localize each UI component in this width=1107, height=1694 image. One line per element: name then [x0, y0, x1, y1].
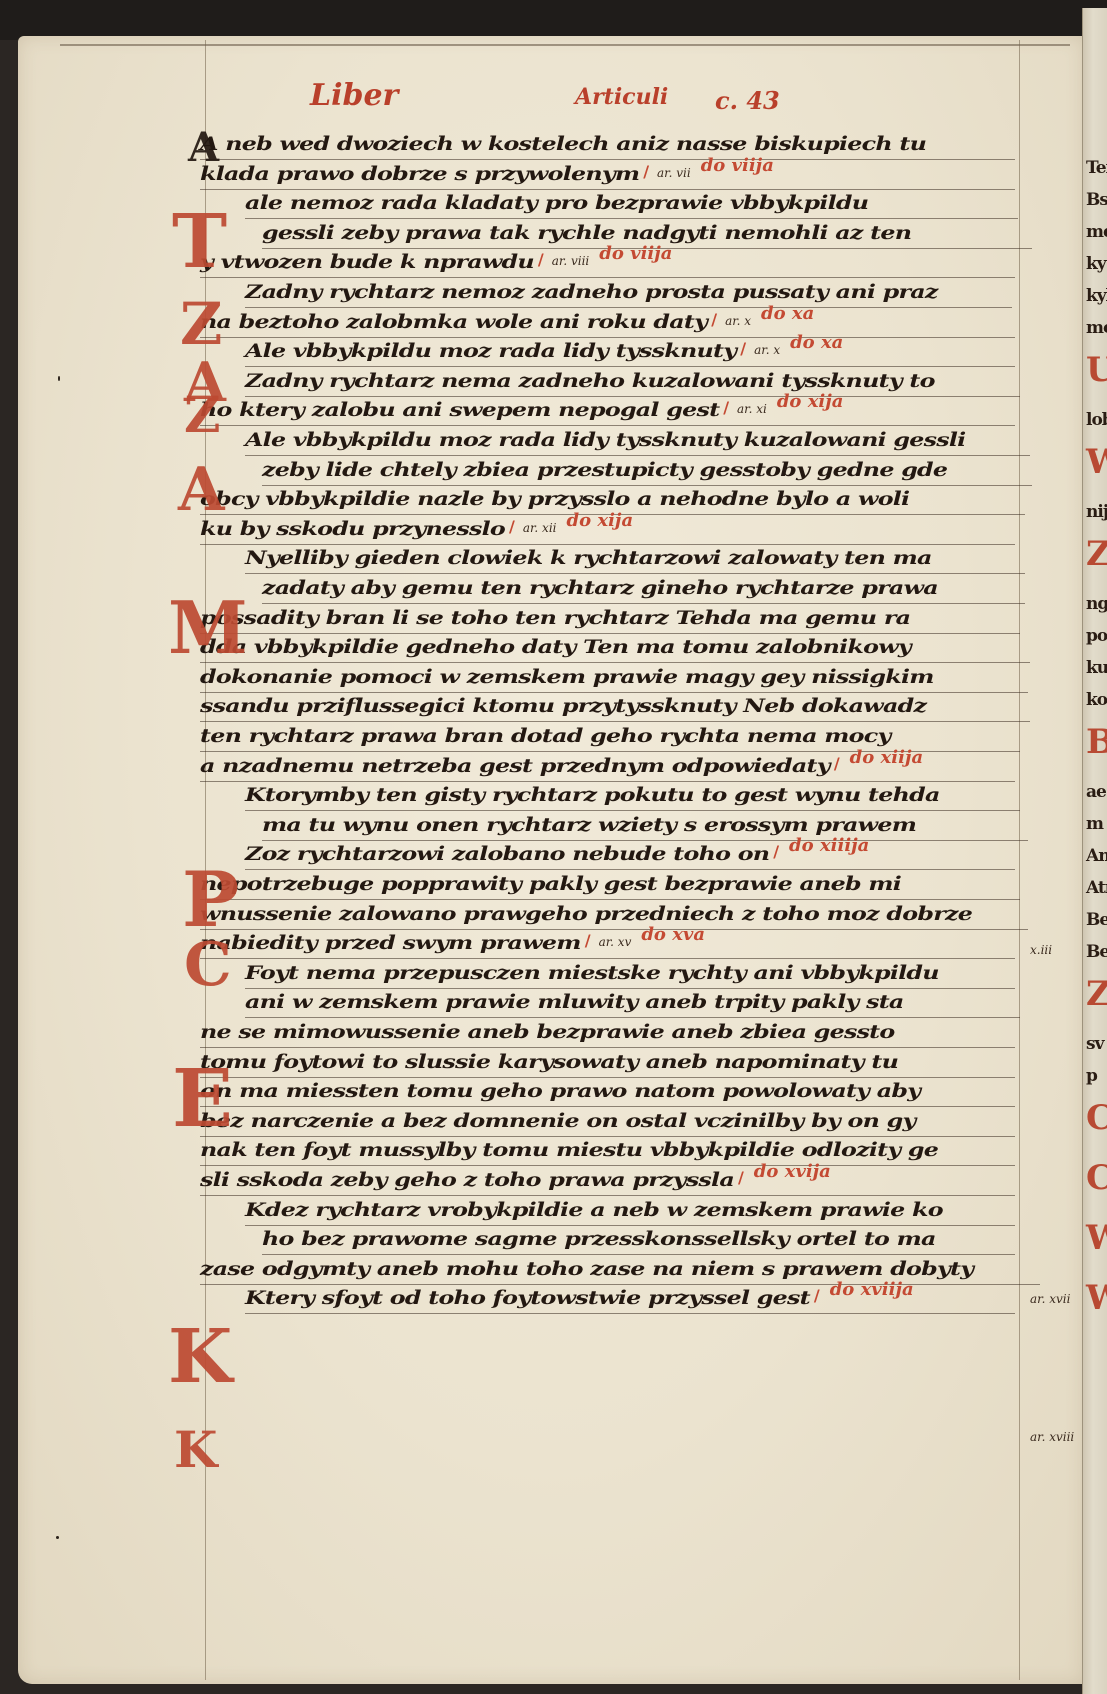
manuscript-line: na beztoho zalobmka wole ani roku daty/a…	[200, 308, 1015, 338]
line-text: Ale vbbykpildu moz rada lidy tyssknuty k…	[245, 429, 965, 451]
line-text: ten rychtarz prawa bran dotad geho rycht…	[200, 725, 891, 747]
paragraph-mark: /	[740, 339, 746, 358]
line-text: ssandu prziflussegici ktomu przytyssknut…	[200, 695, 926, 717]
facing-page-fragment: B	[1086, 722, 1107, 762]
paragraph-mark: /	[585, 931, 591, 950]
line-text: na beztoho zalobmka wole ani roku daty	[200, 311, 707, 333]
facing-page-fragment: U	[1086, 350, 1107, 390]
article-number: ar. xi	[737, 402, 767, 416]
rubric-reference: do xa	[761, 303, 814, 324]
rubric-reference: do xiija	[850, 747, 923, 768]
facing-page-fragment: m	[1086, 814, 1103, 834]
line-text: ale nemoz rada kladaty pro bezprawie vbb…	[245, 192, 868, 214]
line-text: nabiedity przed swym prawem	[200, 932, 581, 954]
line-text: dokonanie pomoci w zemskem prawie magy g…	[200, 666, 934, 688]
line-text: ani w zemskem prawie mluwity aneb trpity…	[245, 991, 904, 1013]
facing-page-edge: TenBstumekykybmoUlobnWnijZngpokukonBaemA…	[1082, 8, 1107, 1694]
initial-p: P	[182, 862, 239, 938]
manuscript-line: wnussenie zalowano prawgeho przedniech z…	[200, 900, 1028, 930]
line-text: wnussenie zalowano prawgeho przedniech z…	[200, 903, 972, 925]
facing-page-fragment: Bstu	[1086, 190, 1107, 210]
initial-a: A	[188, 128, 219, 168]
line-text: bez narczenie a bez domnenie on ostal vc…	[200, 1110, 916, 1132]
initial-z2: Z	[184, 390, 221, 440]
rubric-reference: do viija	[701, 155, 774, 176]
line-text: zeby lide chtely zbiea przestupicty gess…	[262, 459, 947, 481]
facing-page-fragment: ae	[1086, 782, 1106, 802]
manuscript-line: Nyelliby gieden clowiek k rychtarzowi za…	[245, 544, 1025, 574]
facing-page-fragment: kyb	[1086, 286, 1107, 306]
facing-page-fragment: Z	[1086, 534, 1107, 574]
rubric-reference: do xvija	[754, 1161, 831, 1182]
article-number: ar. xv	[599, 935, 632, 949]
manuscript-line: nak ten foyt mussylby tomu miestu vbbykp…	[200, 1136, 1015, 1166]
manuscript-line: klada prawo dobrze s przywolenym/ar. vii…	[200, 160, 1015, 190]
margin-note-xiii: x.iii	[1030, 943, 1052, 957]
line-text: Zadny rychtarz nemoz zadneho prosta puss…	[245, 281, 938, 303]
facing-page-fragment: ku	[1086, 658, 1107, 678]
initial-c: C	[184, 935, 232, 995]
manuscript-line: ma tu wynu onen rychtarz wziety s erossy…	[262, 811, 1028, 841]
line-text: tomu foytowi to slussie karysowaty aneb …	[200, 1051, 898, 1073]
facing-page-fragment: W	[1086, 1278, 1107, 1318]
facing-page-fragment: C	[1086, 1098, 1107, 1138]
margin-note-xviii: ar. xviii	[1030, 1430, 1074, 1444]
manuscript-line: ho bez prawome sagme przesskonssellsky o…	[262, 1225, 1015, 1255]
ink-speck	[58, 376, 60, 381]
manuscript-line: bez narczenie a bez domnenie on ostal vc…	[200, 1107, 1015, 1137]
article-number: ar. x	[725, 314, 751, 328]
manuscript-line: nepotrzebuge popprawity pakly gest bezpr…	[200, 870, 1020, 900]
manuscript-line: Zoz rychtarzowi zalobano nebude toho on/…	[245, 840, 1015, 870]
facing-page-fragment: kon	[1086, 690, 1107, 710]
facing-page-fragment: Be	[1086, 942, 1107, 962]
rubric-reference: do viija	[599, 243, 672, 264]
initial-k: K	[168, 1320, 232, 1394]
initial-f: E	[172, 1058, 233, 1138]
line-text: Nyelliby gieden clowiek k rychtarzowi za…	[245, 547, 932, 569]
manuscript-line: tomu foytowi to slussie karysowaty aneb …	[200, 1048, 1015, 1078]
manuscript-line: dokonanie pomoci w zemskem prawie magy g…	[200, 663, 1028, 693]
manuscript-line: ani w zemskem prawie mluwity aneb trpity…	[245, 988, 1020, 1018]
manuscript-line: a nzadnemu netrzeba gest przednym odpowi…	[200, 752, 1015, 782]
manuscript-line: y vtwozen bude k nprawdu/ar. viiido viij…	[200, 248, 1015, 278]
paragraph-mark: /	[538, 250, 544, 269]
article-number: ar. xii	[523, 521, 557, 535]
initial-m: M	[168, 592, 248, 664]
initial-k2: K	[174, 1425, 217, 1475]
line-text: obcy vbbykpildie nazle by przysslo a neh…	[200, 488, 909, 510]
line-text: zadaty aby gemu ten rychtarz gineho rych…	[262, 577, 938, 599]
line-text: Zoz rychtarzowi zalobano nebude toho on	[245, 843, 769, 865]
manuscript-line: sli sskoda zeby geho z toho prawa przyss…	[200, 1166, 1015, 1196]
article-number: ar. x	[754, 343, 780, 357]
facing-page-fragment: Be	[1086, 910, 1107, 930]
line-text: on ma miessten tomu geho prawo natom pow…	[200, 1080, 920, 1102]
margin-note-xvii: ar. xvii	[1030, 1292, 1070, 1306]
manuscript-line: on ma miessten tomu geho prawo natom pow…	[200, 1077, 1015, 1107]
manuscript-line: A neb wed dwoziech w kostelech aniz nass…	[200, 130, 1015, 160]
line-text: Kdez rychtarz vrobykpildie a neb w zemsk…	[245, 1199, 943, 1221]
line-text: nak ten foyt mussylby tomu miestu vbbykp…	[200, 1139, 938, 1161]
paragraph-mark: /	[834, 754, 840, 773]
manuscript-line: ku by sskodu przynesslo/ar. xiido xija	[200, 515, 1015, 545]
manuscript-line: Ale vbbykpildu moz rada lidy tyssknuty k…	[245, 426, 1030, 456]
rubric-reference: do xiiija	[789, 835, 869, 856]
line-text: y vtwozen bude k nprawdu	[200, 251, 534, 273]
facing-page-fragment: Atr	[1086, 878, 1107, 898]
line-text: sli sskoda zeby geho z toho prawa przyss…	[200, 1169, 734, 1191]
manuscript-line: Kdez rychtarz vrobykpildie a neb w zemsk…	[245, 1196, 1015, 1226]
rubric-reference: do xviija	[830, 1279, 914, 1300]
ink-speck	[56, 1536, 59, 1539]
line-text: Ktorymby ten gisty rychtarz pokutu to ge…	[245, 784, 940, 806]
right-margin-ruling	[1019, 40, 1020, 1680]
manuscript-line: zadaty aby gemu ten rychtarz gineho rych…	[262, 574, 1025, 604]
rubric-reference: do xva	[641, 924, 705, 945]
facing-page-fragment: An	[1086, 846, 1107, 866]
line-text: Ktery sfoyt od toho foytowstwie przyssel…	[245, 1287, 810, 1309]
rubric-reference: do xa	[790, 332, 843, 353]
line-text: gessli zeby prawa tak rychle nadgyti nem…	[262, 222, 911, 244]
line-text: a nzadnemu netrzeba gest przednym odpowi…	[200, 755, 830, 777]
facing-page-fragment: ky	[1086, 254, 1106, 274]
line-text: zase odgymty aneb mohu toho zase na niem…	[200, 1258, 973, 1280]
manuscript-line: ssandu prziflussegici ktomu przytyssknut…	[200, 692, 1030, 722]
article-number: ar. viii	[552, 254, 590, 268]
facing-page-fragment: po	[1086, 626, 1107, 646]
line-text: ku by sskodu przynesslo	[200, 518, 505, 540]
facing-page-fragment: mo	[1086, 318, 1107, 338]
facing-page-fragment: sv	[1086, 1034, 1103, 1054]
manuscript-line: dda vbbykpildie gedneho daty Ten ma tomu…	[200, 633, 1030, 663]
line-text: ma tu wynu onen rychtarz wziety s erossy…	[262, 814, 916, 836]
manuscript-line: Ktery sfoyt od toho foytowstwie przyssel…	[245, 1284, 1015, 1314]
manuscript-line: Zadny rychtarz nema zadneho kuzalowani t…	[245, 367, 1020, 397]
facing-page-fragment: lobn	[1086, 410, 1107, 430]
article-number: ar. vii	[657, 166, 691, 180]
paragraph-mark: /	[723, 398, 729, 417]
paragraph-mark: /	[711, 310, 717, 329]
line-text: ne se mimowussenie aneb bezprawie aneb z…	[200, 1021, 895, 1043]
manuscript-line: Ale vbbykpildu moz rada lidy tyssknuty/a…	[245, 337, 1015, 367]
manuscript-line: ne se mimowussenie aneb bezprawie aneb z…	[200, 1018, 1015, 1048]
manuscript-line: zeby lide chtely zbiea przestupicty gess…	[262, 456, 1032, 486]
line-text: A neb wed dwoziech w kostelech aniz nass…	[200, 133, 926, 155]
line-text: nepotrzebuge popprawity pakly gest bezpr…	[200, 873, 901, 895]
paragraph-mark: /	[814, 1286, 820, 1305]
rubric-reference: do xija	[567, 510, 634, 531]
paragraph-mark: /	[738, 1168, 744, 1187]
line-text: klada prawo dobrze s przywolenym	[200, 163, 639, 185]
manuscript-line: zase odgymty aneb mohu toho zase na niem…	[200, 1255, 1040, 1285]
book-background	[0, 0, 1107, 40]
line-text: Foyt nema przepusczen miestske rychty an…	[245, 962, 939, 984]
facing-page-fragment: C	[1086, 1158, 1107, 1198]
line-text: ho ktery zalobu ani swepem nepogal gest	[200, 399, 719, 421]
facing-page-fragment: W	[1086, 442, 1107, 482]
paragraph-mark: /	[509, 517, 515, 536]
initial-t: T	[172, 205, 227, 279]
manuscript-line: ale nemoz rada kladaty pro bezprawie vbb…	[245, 189, 1018, 219]
line-text: dda vbbykpildie gedneho daty Ten ma tomu…	[200, 636, 911, 658]
line-text: Zadny rychtarz nema zadneho kuzalowani t…	[245, 370, 935, 392]
facing-page-fragment: nij	[1086, 502, 1107, 522]
facing-page-fragment: me	[1086, 222, 1107, 242]
paragraph-mark: /	[643, 162, 649, 181]
manuscript-line: Ktorymby ten gisty rychtarz pokutu to ge…	[245, 781, 1020, 811]
line-text: possadity bran li se toho ten rychtarz T…	[200, 607, 910, 629]
top-ruling	[60, 44, 1070, 46]
facing-page-fragment: Z	[1086, 974, 1107, 1014]
facing-page-fragment: Ten	[1086, 158, 1107, 178]
manuscript-line: Foyt nema przepusczen miestske rychty an…	[245, 959, 1015, 989]
rubric-reference: do xija	[777, 391, 844, 412]
running-title-left: Liber	[310, 78, 398, 118]
facing-page-fragment: W	[1086, 1218, 1107, 1258]
manuscript-line: ho ktery zalobu ani swepem nepogal gest/…	[200, 396, 1015, 426]
paragraph-mark: /	[773, 842, 779, 861]
folio-number: c. 43	[715, 86, 780, 126]
line-text: Ale vbbykpildu moz rada lidy tyssknuty	[245, 340, 736, 362]
line-text: ho bez prawome sagme przesskonssellsky o…	[262, 1228, 936, 1250]
facing-page-fragment: ng	[1086, 594, 1107, 614]
initial-z: Z	[180, 295, 222, 353]
manuscript-line: nabiedity przed swym prawem/ar. xvdo xva	[200, 929, 1015, 959]
manuscript-line: possadity bran li se toho ten rychtarz T…	[200, 604, 1020, 634]
running-title-center: Articuli	[575, 84, 668, 124]
initial-a3: A	[178, 460, 225, 520]
manuscript-line: Zadny rychtarz nemoz zadneho prosta puss…	[245, 278, 1012, 308]
facing-page-fragment: p	[1086, 1066, 1097, 1086]
